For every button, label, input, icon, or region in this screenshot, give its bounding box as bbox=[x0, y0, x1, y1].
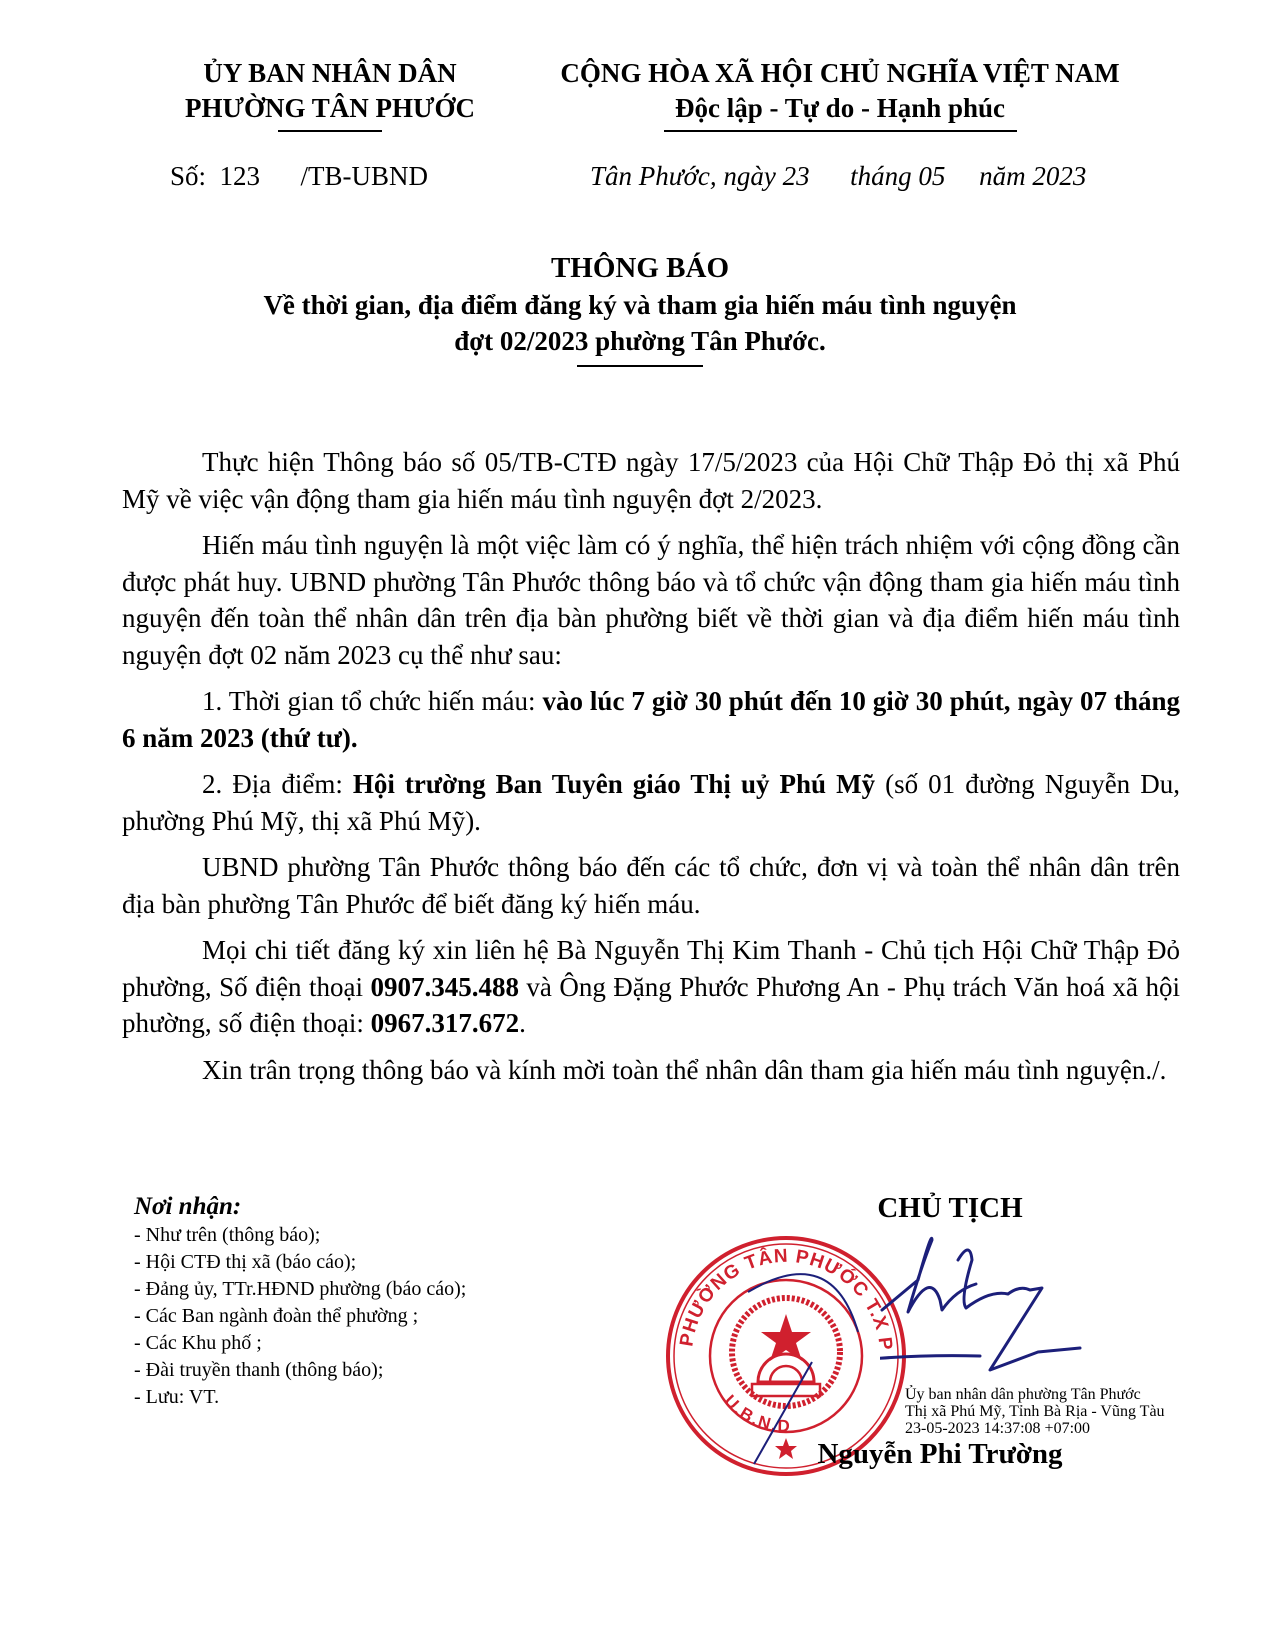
item-location-value: Hội trường Ban Tuyên giáo Thị uỷ Phú Mỹ bbox=[353, 769, 875, 799]
digital-sig-timestamp: 23-05-2023 14:37:08 +07:00 bbox=[905, 1420, 1205, 1437]
contact-phone-1: 0907.345.488 bbox=[370, 972, 519, 1002]
item-location-label: 2. Địa điểm: bbox=[202, 769, 353, 799]
recipient-item: - Các Khu phố ; bbox=[134, 1330, 564, 1357]
motto-underline bbox=[664, 130, 1017, 132]
recipient-item: - Đài truyền thanh (thông báo); bbox=[134, 1357, 564, 1384]
item-location: 2. Địa điểm: Hội trường Ban Tuyên giáo T… bbox=[122, 766, 1180, 839]
contact-phone-2: 0967.317.672 bbox=[371, 1008, 520, 1038]
signer-title: CHỦ TỊCH bbox=[800, 1190, 1100, 1226]
recipients-heading: Nơi nhận: bbox=[134, 1192, 564, 1222]
title-heading: THÔNG BÁO bbox=[120, 250, 1160, 287]
recipient-item: - Như trên (thông báo); bbox=[134, 1222, 564, 1249]
paragraph-notice: UBND phường Tân Phước thông báo đến các … bbox=[122, 849, 1180, 922]
paragraph-contact: Mọi chi tiết đăng ký xin liên hệ Bà Nguy… bbox=[122, 932, 1180, 1042]
agency-name-line2: PHƯỜNG TÂN PHƯỚC bbox=[120, 91, 540, 126]
title-subtitle-line2: đợt 02/2023 phường Tân Phước. bbox=[120, 323, 1160, 359]
contact-end: . bbox=[519, 1008, 526, 1038]
paragraph-reference: Thực hiện Thông báo số 05/TB-CTĐ ngày 17… bbox=[122, 444, 1180, 517]
document-title: THÔNG BÁO Về thời gian, địa điểm đăng ký… bbox=[120, 250, 1160, 367]
agency-underline bbox=[278, 130, 382, 132]
recipients-list: Nơi nhận: - Như trên (thông báo); - Hội … bbox=[134, 1192, 564, 1411]
document-number: Số: 123 /TB-UBND bbox=[170, 158, 428, 194]
issuing-agency: ỦY BAN NHÂN DÂN PHƯỜNG TÂN PHƯỚC bbox=[120, 56, 540, 132]
digital-signature-info: Ủy ban nhân dân phường Tân Phước Thị xã … bbox=[905, 1386, 1205, 1437]
recipient-item: - Đảng ủy, TTr.HĐND phường (báo cáo); bbox=[134, 1276, 564, 1303]
item-time-label: 1. Thời gian tổ chức hiến máu: bbox=[202, 686, 542, 716]
recipient-item: - Hội CTĐ thị xã (báo cáo); bbox=[134, 1249, 564, 1276]
signer-name: Nguyễn Phi Trường bbox=[780, 1436, 1100, 1472]
agency-name-line1: ỦY BAN NHÂN DÂN bbox=[120, 56, 540, 91]
title-underline bbox=[577, 365, 703, 367]
document-date: Tân Phước, ngày 23 tháng 05 năm 2023 bbox=[590, 158, 1086, 194]
handwritten-signature-icon bbox=[880, 1230, 1120, 1380]
digital-sig-location: Thị xã Phú Mỹ, Tỉnh Bà Rịa - Vũng Tàu bbox=[905, 1403, 1205, 1420]
document-body: Thực hiện Thông báo số 05/TB-CTĐ ngày 17… bbox=[122, 444, 1180, 1098]
recipient-item: - Lưu: VT. bbox=[134, 1384, 564, 1411]
title-subtitle-line1: Về thời gian, địa điểm đăng ký và tham g… bbox=[120, 287, 1160, 323]
recipient-item: - Các Ban ngành đoàn thể phường ; bbox=[134, 1303, 564, 1330]
motto: Độc lập - Tự do - Hạnh phúc bbox=[520, 91, 1160, 126]
nation-name: CỘNG HÒA XÃ HỘI CHỦ NGHĨA VIỆT NAM bbox=[520, 56, 1160, 91]
national-motto: CỘNG HÒA XÃ HỘI CHỦ NGHĨA VIỆT NAM Độc l… bbox=[520, 56, 1160, 132]
paragraph-closing: Xin trân trọng thông báo và kính mời toà… bbox=[122, 1052, 1180, 1089]
item-time: 1. Thời gian tổ chức hiến máu: vào lúc 7… bbox=[122, 683, 1180, 756]
digital-sig-org: Ủy ban nhân dân phường Tân Phước bbox=[905, 1386, 1205, 1403]
paragraph-purpose: Hiến máu tình nguyện là một việc làm có … bbox=[122, 527, 1180, 673]
